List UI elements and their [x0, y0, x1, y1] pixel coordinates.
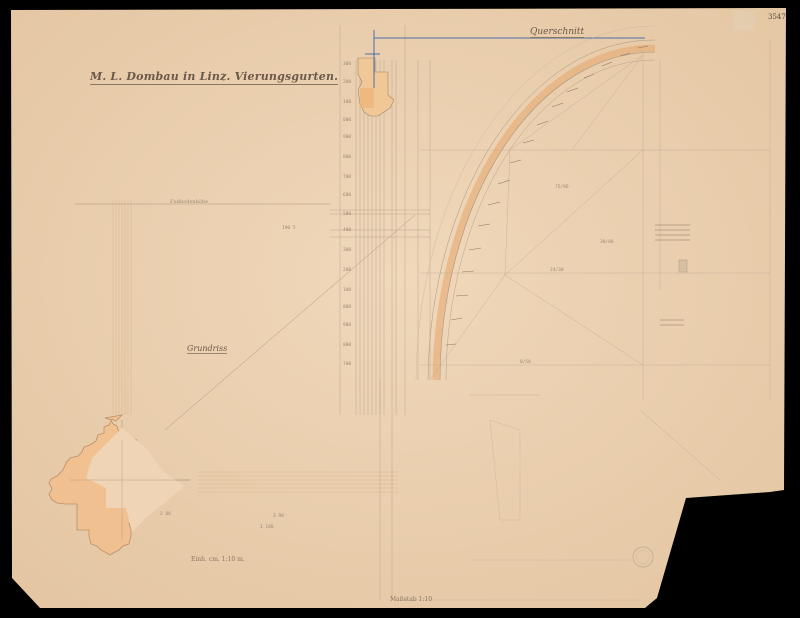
scale-mark: 200	[343, 268, 351, 273]
scale-mark: 900	[343, 323, 351, 328]
scale-mark: 000	[343, 118, 351, 123]
catalog-number: 3547	[768, 13, 786, 21]
scale-mark: 800	[343, 155, 351, 160]
scale-mark: 700	[343, 362, 351, 367]
plan-dimension: 1 100	[260, 525, 274, 530]
sheet-note: Maßstab 1:10	[390, 596, 432, 603]
section-dimension: 75/96	[555, 185, 569, 190]
scale-note: Einh. cm. 1:10 m.	[191, 556, 245, 563]
plan-dimension: 2 80	[160, 512, 171, 517]
scale-mark: 200	[343, 80, 351, 85]
scanned-drawing	[0, 0, 800, 618]
plan-label: Grundriss	[187, 344, 227, 354]
section-dimension: 30/88	[600, 240, 614, 245]
drawing-title: M. L. Dombau in Linz. Vierungsgurten.	[90, 70, 338, 85]
section-dimension: 8/50	[520, 360, 531, 365]
scale-mark: 300	[343, 248, 351, 253]
scale-mark: 300	[343, 62, 351, 67]
scale-mark: 100	[343, 100, 351, 105]
scale-mark: 400	[343, 228, 351, 233]
scale-mark: 900	[343, 135, 351, 140]
scale-mark: 700	[343, 175, 351, 180]
paper-stain	[733, 11, 755, 31]
scale-mark: 100	[343, 288, 351, 293]
scale-mark: 800	[343, 343, 351, 348]
scale-mark: 500	[343, 212, 351, 217]
section-label: Querschnitt	[530, 27, 584, 38]
scale-mark: 600	[343, 193, 351, 198]
plan-dimension: 3 90	[273, 514, 284, 519]
floor-line-label: Fußbodenhöhe	[170, 199, 208, 205]
scale-mark: 000	[343, 305, 351, 310]
plan-dimension: 190 5	[282, 226, 296, 231]
section-dimension: 24/30	[550, 268, 564, 273]
